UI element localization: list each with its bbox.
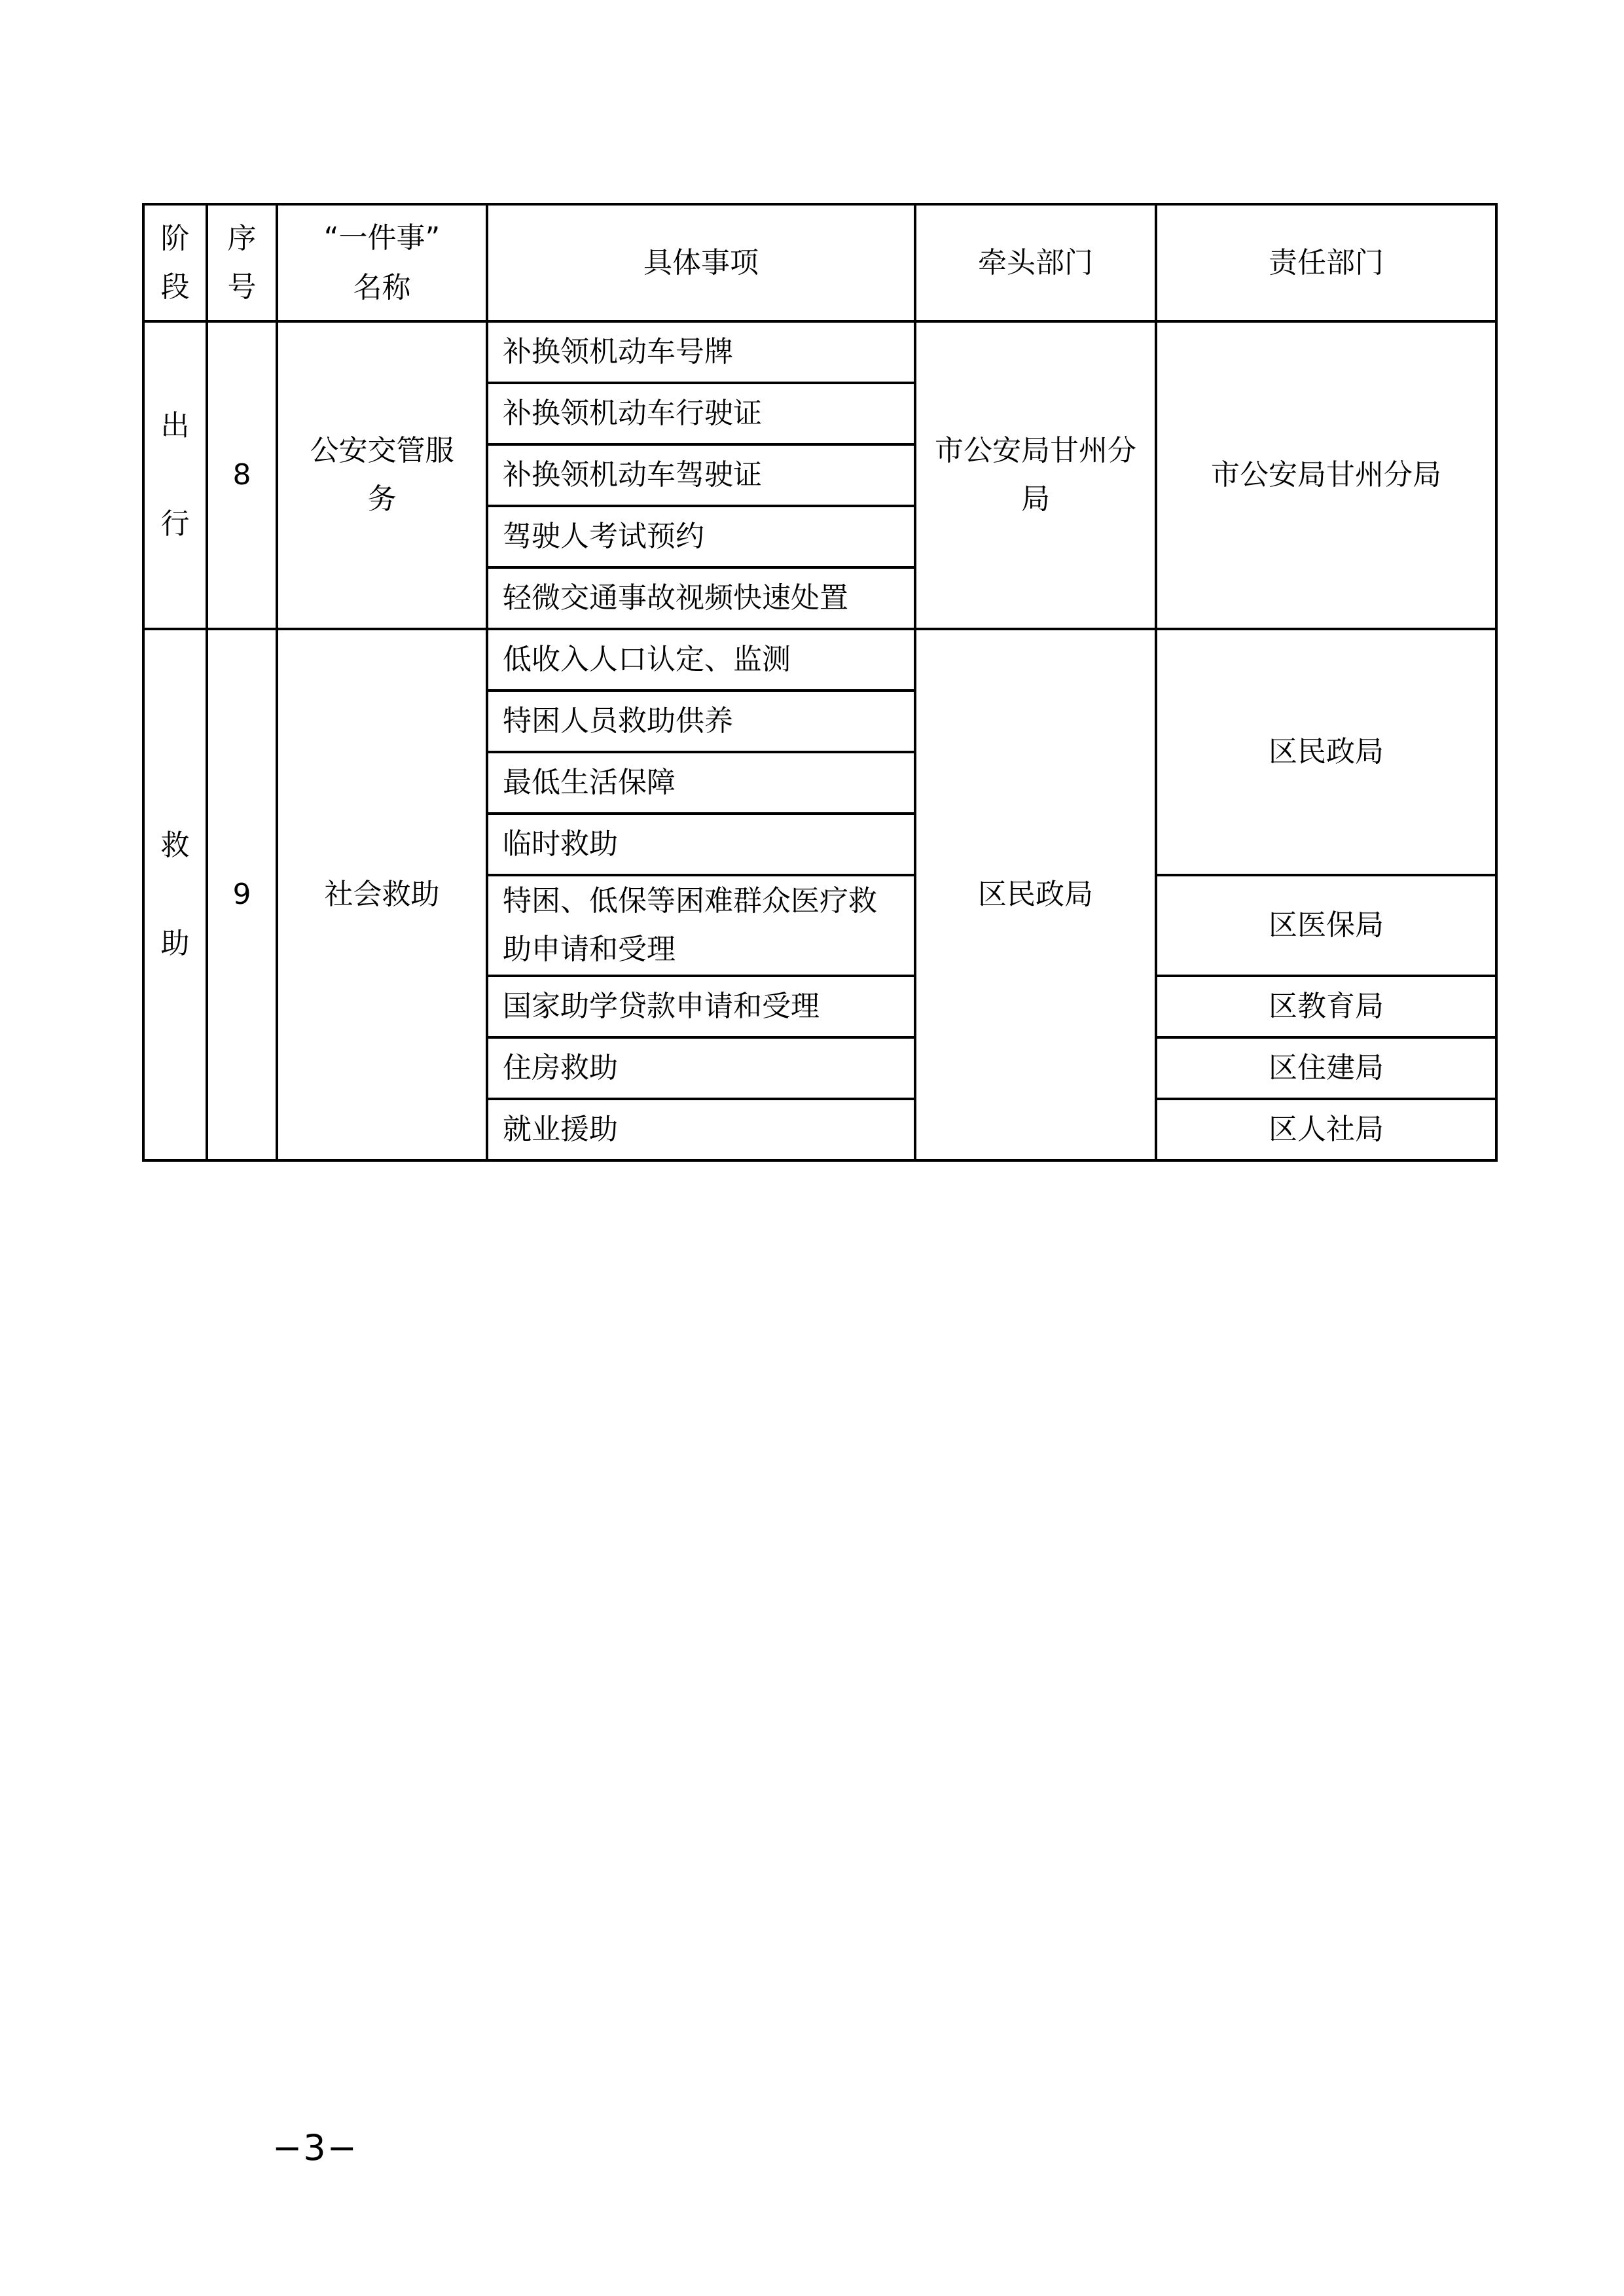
resp-dept-cell: 区住建局	[1156, 1037, 1496, 1099]
one-thing-name-cell: 社会救助	[277, 629, 487, 1160]
item-cell: 特困人员救助供养	[487, 691, 915, 752]
item-cell: 最低生活保障	[487, 752, 915, 814]
item-cell: 就业援助	[487, 1099, 915, 1160]
item-cell: 补换领机动车驾驶证	[487, 444, 915, 506]
lead-dept-cell: 市公安局甘州分局	[915, 321, 1156, 629]
page-number: −3−	[272, 2127, 358, 2168]
lead-dept-cell: 区民政局	[915, 629, 1156, 1160]
resp-dept-cell: 市公安局甘州分局	[1156, 321, 1496, 629]
header-resp-dept: 责任部门	[1156, 204, 1496, 321]
item-cell: 补换领机动车行驶证	[487, 383, 915, 444]
table-header-row: 阶段 序号 “一件事”名称 具体事项 牵头部门 责任部门	[143, 204, 1496, 321]
table-row: 救助 9 社会救助 低收入人口认定、监测 区民政局 区民政局	[143, 629, 1496, 691]
item-cell: 临时救助	[487, 814, 915, 875]
item-cell: 国家助学贷款申请和受理	[487, 976, 915, 1037]
seq-cell: 9	[207, 629, 277, 1160]
resp-dept-cell: 区医保局	[1156, 875, 1496, 976]
resp-dept-cell: 区民政局	[1156, 629, 1496, 875]
header-stage: 阶段	[143, 204, 207, 321]
header-one-thing-name: “一件事”名称	[277, 204, 487, 321]
item-cell: 轻微交通事故视频快速处置	[487, 567, 915, 629]
one-thing-service-table: 阶段 序号 “一件事”名称 具体事项 牵头部门 责任部门 出行 8 公安交管服务…	[142, 203, 1498, 1162]
item-cell: 特困、低保等困难群众医疗救助申请和受理	[487, 875, 915, 976]
item-cell: 补换领机动车号牌	[487, 321, 915, 383]
one-thing-name-cell: 公安交管服务	[277, 321, 487, 629]
document-page: 阶段 序号 “一件事”名称 具体事项 牵头部门 责任部门 出行 8 公安交管服务…	[0, 0, 1624, 2296]
item-cell: 驾驶人考试预约	[487, 506, 915, 567]
stage-cell: 救助	[143, 629, 207, 1160]
header-lead-dept: 牵头部门	[915, 204, 1156, 321]
table-row: 出行 8 公安交管服务 补换领机动车号牌 市公安局甘州分局 市公安局甘州分局	[143, 321, 1496, 383]
resp-dept-cell: 区人社局	[1156, 1099, 1496, 1160]
resp-dept-cell: 区教育局	[1156, 976, 1496, 1037]
item-cell: 低收入人口认定、监测	[487, 629, 915, 691]
item-cell: 住房救助	[487, 1037, 915, 1099]
header-seq: 序号	[207, 204, 277, 321]
stage-cell: 出行	[143, 321, 207, 629]
seq-cell: 8	[207, 321, 277, 629]
header-specific-items: 具体事项	[487, 204, 915, 321]
